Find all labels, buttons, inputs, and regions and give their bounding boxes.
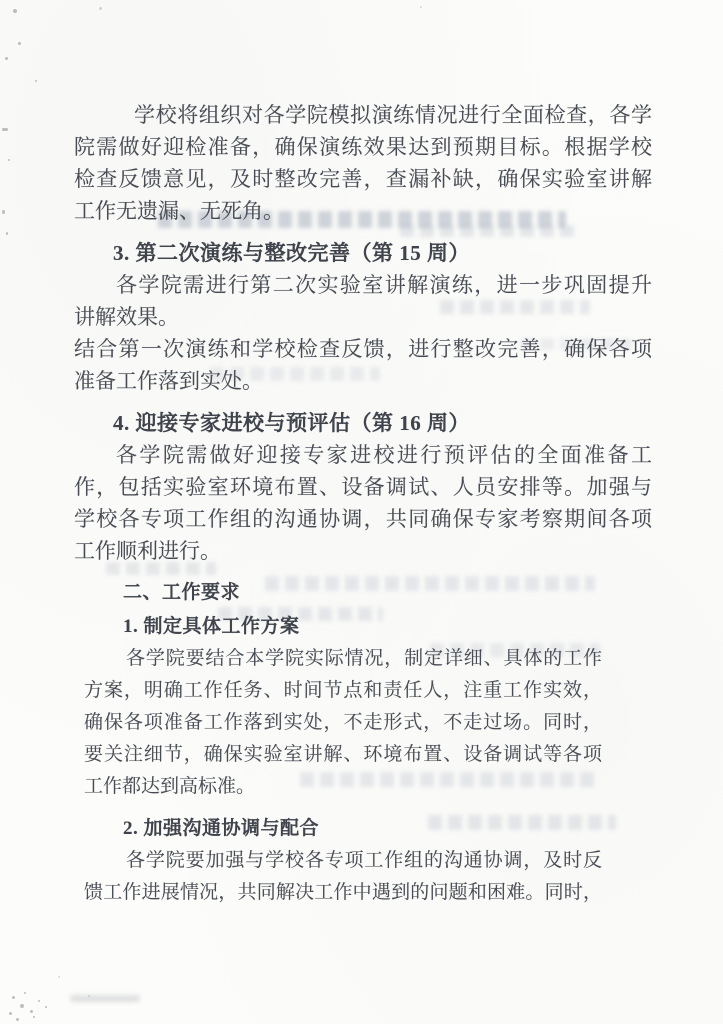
body-text-line: 各学院要加强与学校各专项工作组的沟通协调，及时反 — [84, 845, 602, 877]
body-text-line: 工作顺利进行。 — [74, 535, 652, 567]
section-heading-line: 二、工作要求 — [84, 577, 602, 609]
section-heading-line: 1. 制定具体工作方案 — [84, 611, 602, 643]
scan-speckle — [8, 159, 10, 161]
body-text-line: 要关注细节，确保实验室讲解、环境布置、设备调试等各项 — [84, 739, 602, 771]
scan-speckle — [13, 9, 17, 13]
scan-speckle — [420, 6, 422, 8]
scan-speckle — [99, 7, 102, 10]
body-text-line: 馈工作进展情况，共同解决工作中遇到的问题和困难。同时， — [84, 877, 602, 909]
scan-speckle — [45, 1006, 47, 1008]
body-text-line: 作，包括实验室环境布置、设备调试、人员安排等。加强与 — [74, 471, 652, 503]
section-heading-line: 4. 迎接专家进校与预评估（第 16 周） — [74, 407, 652, 439]
body-text-line: 各学院需进行第二次实验室讲解演练，进一步巩固提升 — [74, 269, 652, 301]
scan-speckle — [6, 232, 8, 235]
body-text-line: 方案，明确工作任务、时间节点和责任人，注重工作实效， — [84, 675, 602, 707]
scan-speckle — [35, 80, 37, 82]
body-text-line: 准备工作落到实处。 — [74, 365, 652, 397]
body-text-line: 学校各专项工作组的沟通协调，共同确保专家考察期间各项 — [74, 503, 652, 535]
scanned-document-page: 学校将组织对各学院模拟演练情况进行全面检查，各学 院需做好迎检准备，确保演练效果… — [0, 0, 723, 1024]
scan-speckle — [24, 992, 26, 994]
scan-speckle — [12, 996, 15, 999]
scan-speckle — [5, 57, 8, 60]
body-text-line: 各学院要结合本学院实际情况，制定详细、具体的工作 — [84, 643, 602, 675]
scan-speckle — [9, 1012, 12, 1015]
body-text-line: 工作无遗漏、无死角。 — [74, 195, 652, 227]
document-body-upper: 学校将组织对各学院模拟演练情况进行全面检查，各学 院需做好迎检准备，确保演练效果… — [74, 99, 652, 567]
scan-speckle — [16, 1018, 19, 1021]
scan-speckle — [2, 128, 8, 131]
scan-speckle — [38, 1000, 40, 1002]
document-body-lower: 二、工作要求 1. 制定具体工作方案 各学院要结合本学院实际情况，制定详细、具体… — [84, 577, 602, 909]
body-text-line: 学校将组织对各学院模拟演练情况进行全面检查，各学 — [74, 99, 652, 131]
body-text-line: 确保各项准备工作落到实处，不走形式，不走过场。同时， — [84, 707, 602, 739]
body-text-line: 结合第一次演练和学校检查反馈，进行整改完善，确保各项 — [74, 333, 652, 365]
body-text-line: 检查反馈意见，及时整改完善，查漏补缺，确保实验室讲解 — [74, 163, 652, 195]
section-heading-line: 2. 加强沟通协调与配合 — [84, 813, 602, 845]
body-text-line: 讲解效果。 — [74, 301, 652, 333]
scan-smudge — [70, 995, 140, 1002]
scan-speckle — [58, 976, 60, 978]
body-text-line: 各学院需做好迎接专家进校进行预评估的全面准备工 — [74, 439, 652, 471]
scan-speckle — [30, 1010, 33, 1013]
body-text-line: 院需做好迎检准备，确保演练效果达到预期目标。根据学校 — [74, 131, 652, 163]
scan-speckle — [18, 42, 21, 45]
scan-speckle — [20, 1004, 24, 1008]
section-heading-line: 3. 第二次演练与整改完善（第 15 周） — [74, 237, 652, 269]
body-text-line: 工作都达到高标准。 — [84, 771, 602, 803]
scan-speckle — [33, 1016, 35, 1018]
scan-speckle — [2, 210, 5, 214]
